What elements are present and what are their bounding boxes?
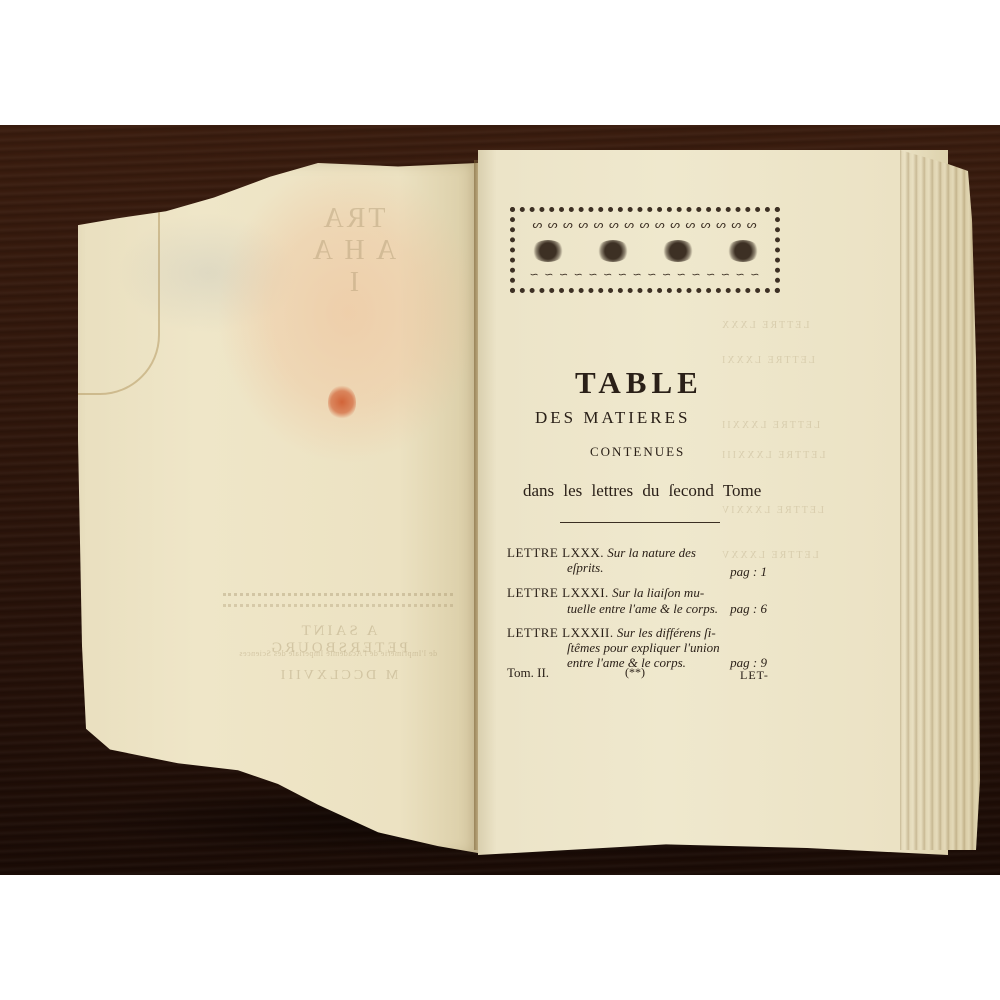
page-subtitle: DES MATIERES xyxy=(535,408,690,428)
show-through-text: LETTRE LXXXIV xyxy=(720,505,824,516)
show-through-text: LETTRE LXXX xyxy=(720,320,810,331)
flower-ornament-icon xyxy=(531,240,565,262)
flower-ornament-icon xyxy=(726,240,760,262)
ornament-row-top: ᔕ ᔕ ᔕ ᔕ ᔕ ᔕ ᔕ ᔕ ᔕ ᔕ ᔕ ᔕ ᔕ ᔕ ᔕ xyxy=(527,220,763,230)
flower-ornament-icon xyxy=(596,240,630,262)
entry-description-cont: ſtêmes pour expliquer l'union xyxy=(567,640,720,656)
book-gutter xyxy=(474,160,478,850)
entry-label: LETTRE LXXXII. xyxy=(507,625,614,640)
entry-description: Sur les différens ſi- xyxy=(617,625,716,640)
left-page: TRA A H A I A SAINT PETERSBOURG de l'Imp… xyxy=(78,163,478,853)
mirrored-date-offset: M DCCLXVIII xyxy=(228,668,448,684)
signature-mark: (**) xyxy=(625,665,645,680)
entry-page: pag : 6 xyxy=(730,601,767,617)
ornament-row-bottom: ∽ ∽ ∽ ∽ ∽ ∽ ∽ ∽ ∽ ∽ ∽ ∽ ∽ ∽ ∽ ∽ xyxy=(527,270,763,280)
catchword: LET- xyxy=(740,668,769,683)
entry-label: LETTRE LXXX. xyxy=(507,545,604,560)
fleuron-headpiece: ᔕ ᔕ ᔕ ᔕ ᔕ ᔕ ᔕ ᔕ ᔕ ᔕ ᔕ ᔕ ᔕ ᔕ ᔕ ∽ ∽ ∽ ∽ ∽ … xyxy=(510,207,780,293)
show-through-text: LETTRE LXXXII xyxy=(720,420,820,431)
intro-line: dans les lettres du ſecond Tome xyxy=(523,481,761,501)
entry-description-cont: tuelle entre l'ame & le corps. xyxy=(567,601,718,617)
entry-description-cont: eſprits. xyxy=(567,560,603,576)
mirrored-printer-line-offset: de l'Imprimerie de l'Academie Imperiale … xyxy=(198,649,478,658)
page-title: TABLE xyxy=(575,365,703,401)
show-through-text: LETTRE LXXXI xyxy=(720,355,815,366)
red-stamp-icon xyxy=(328,385,356,419)
toc-entry: LETTRE LXXXI. Sur la liaiſon mu- tuelle … xyxy=(507,585,767,625)
entry-label: LETTRE LXXXI. xyxy=(507,585,609,600)
divider-rule xyxy=(560,522,720,523)
show-through-text: LETTRE LXXXIII xyxy=(720,450,825,461)
page-edges xyxy=(900,150,980,850)
entry-description: Sur la liaiſon mu- xyxy=(612,585,704,600)
volume-footer: Tom. II. xyxy=(507,665,549,681)
mirrored-title-offset: TRA A H A I xyxy=(253,203,453,299)
mirrored-ornament-offset xyxy=(223,593,453,607)
contenues-heading: CONTENUES xyxy=(590,444,685,460)
ornament-flowers xyxy=(515,240,775,262)
flower-ornament-icon xyxy=(661,240,695,262)
water-stain xyxy=(78,193,160,395)
entry-page: pag : 1 xyxy=(730,564,767,580)
entry-description: Sur la nature des xyxy=(607,545,696,560)
toc-entry: LETTRE LXXX. Sur la nature des eſprits. … xyxy=(507,545,767,585)
